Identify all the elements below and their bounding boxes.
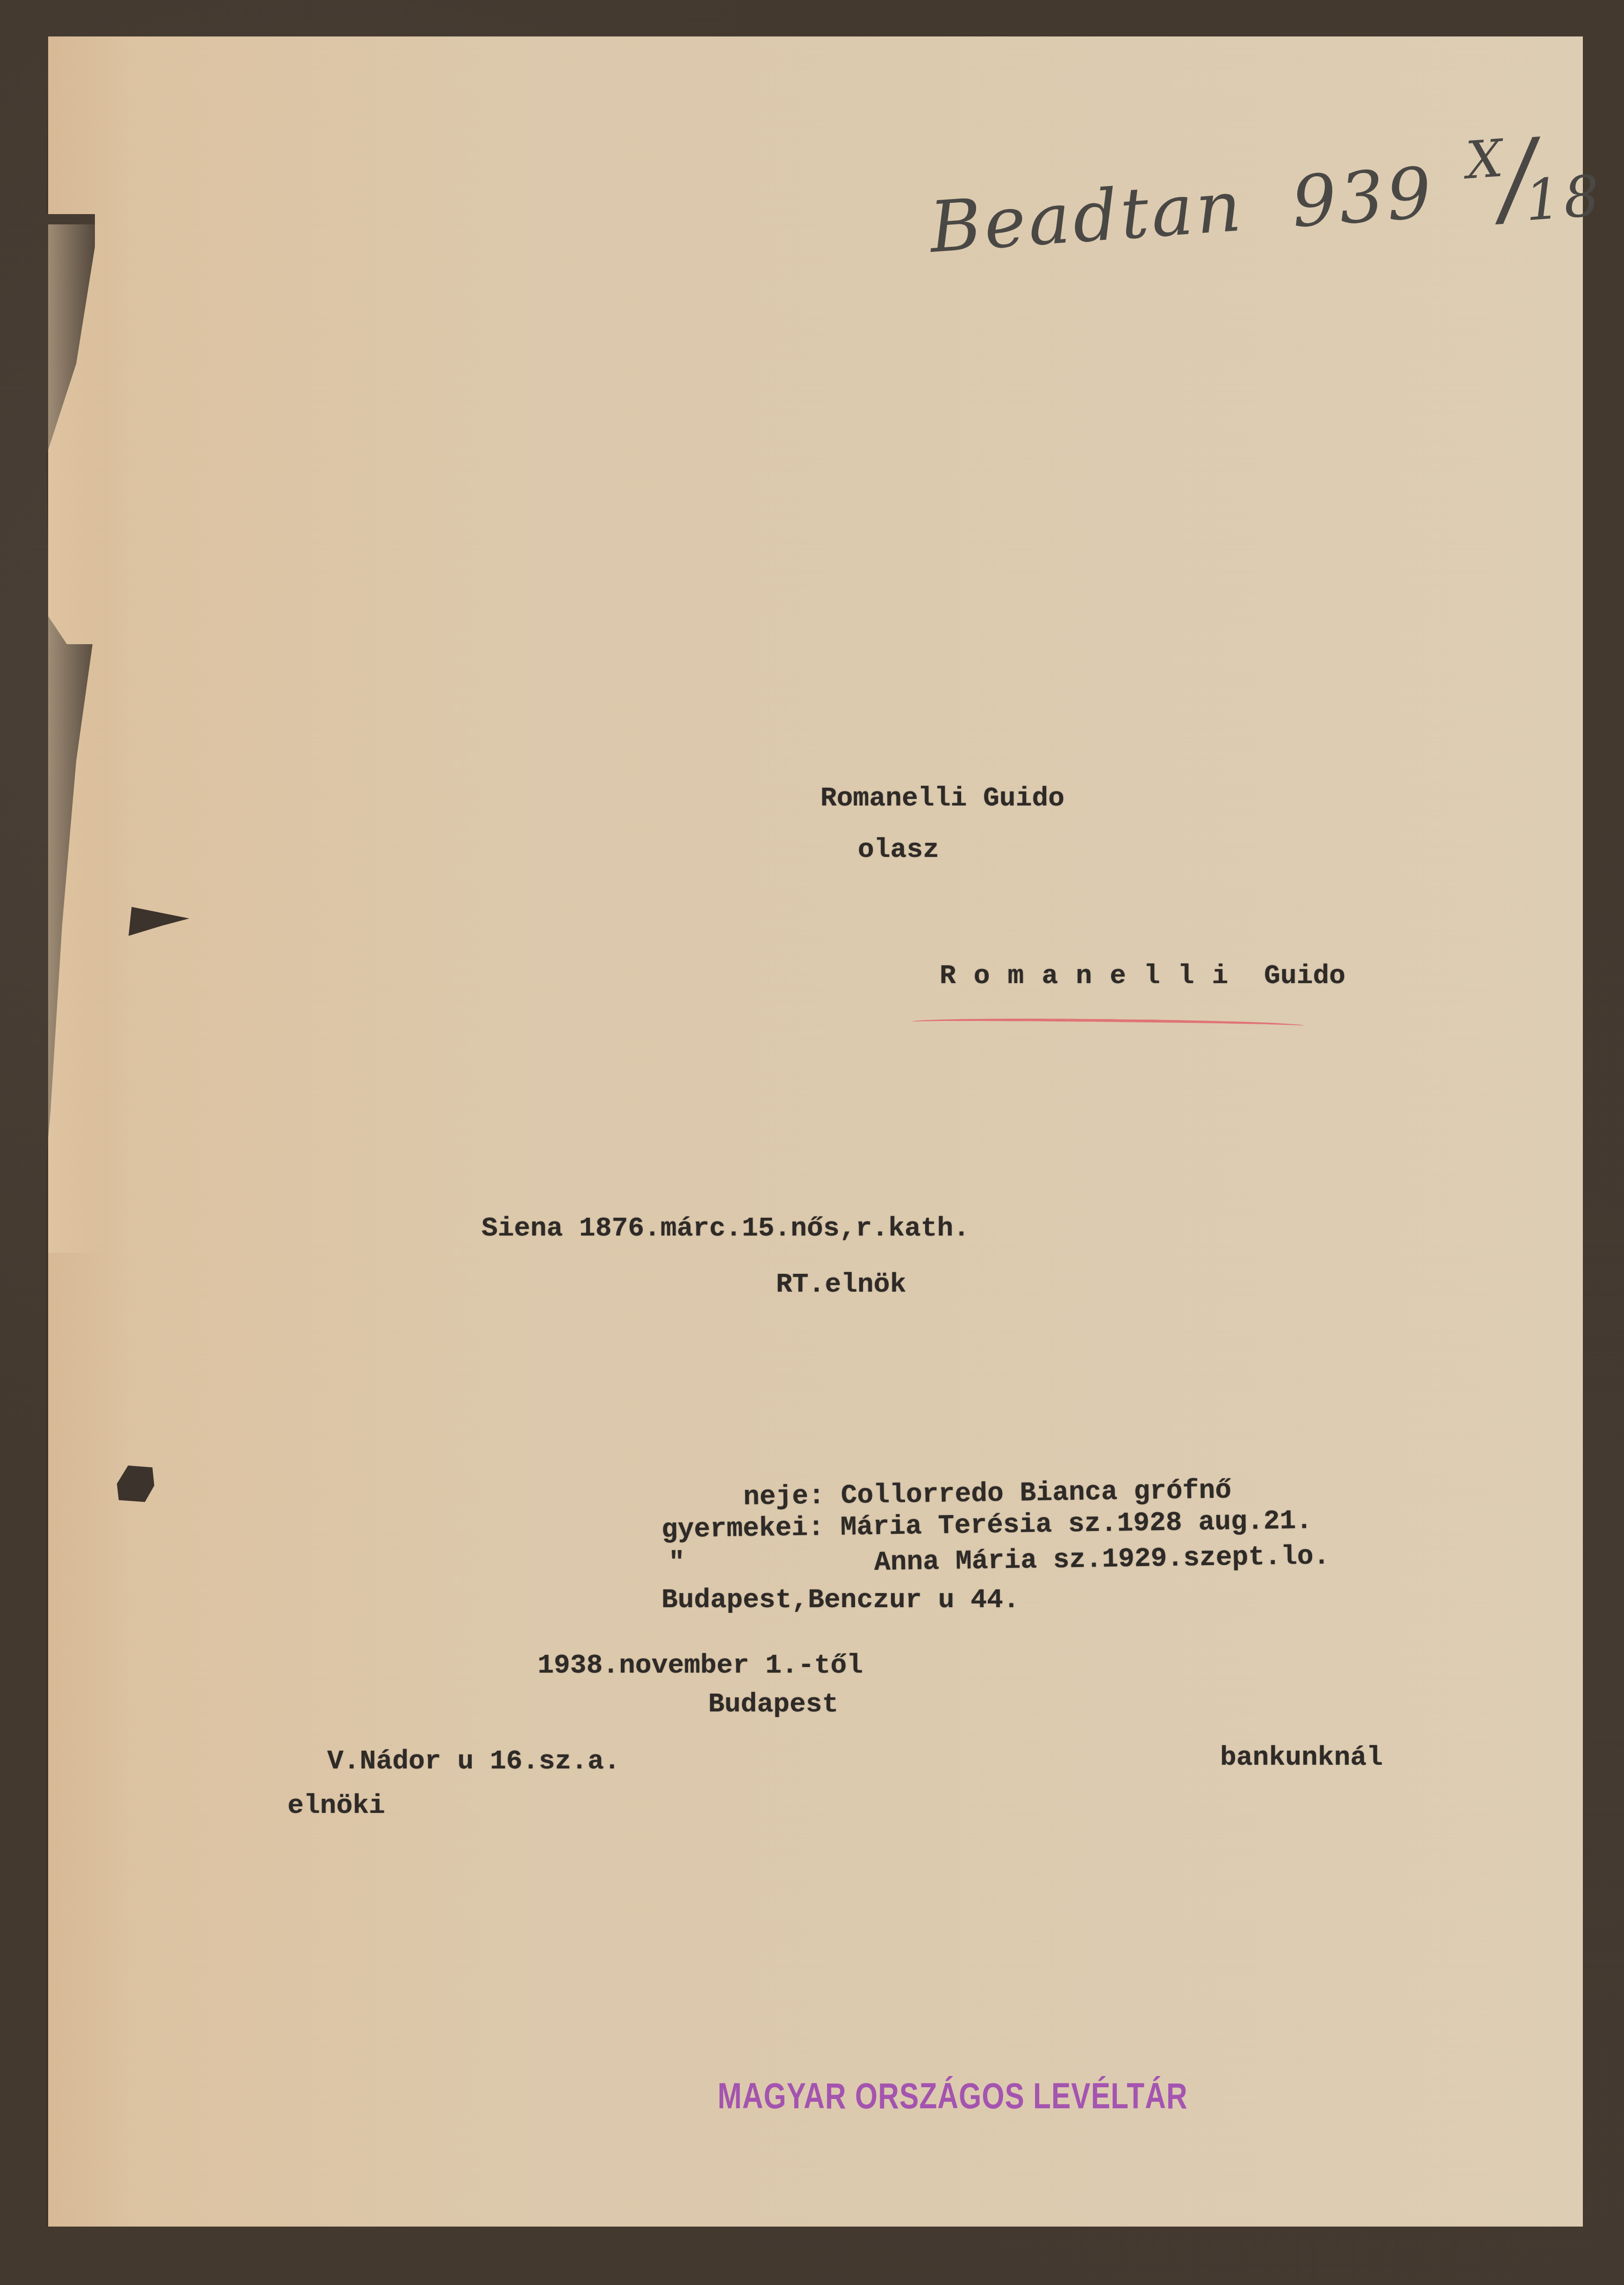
handwritten-date-fraction: X / 18 <box>1466 142 1574 243</box>
ditto-mark: " <box>668 1550 685 1577</box>
home-address: Budapest,Benczur u 44. <box>661 1587 1020 1614</box>
employment-since: 1938.november 1.-től <box>538 1653 863 1680</box>
handwritten-number: 939 <box>1289 152 1437 244</box>
birth-line: Siena 1876.márc.15.nős,r.kath. <box>481 1215 970 1243</box>
header-name: Romanelli Guido <box>820 785 1064 812</box>
spaced-given-name: Guido <box>1264 961 1345 992</box>
document-sheet <box>48 36 1583 2227</box>
spaced-surname: Romanelli <box>940 961 1246 992</box>
children-line-2: Anna Mária sz.1929.szept.lo. <box>874 1543 1330 1577</box>
employment-street: V.Nádor u 16.sz.a. <box>327 1748 620 1775</box>
fraction-denominator: 18 <box>1523 164 1604 234</box>
wife-line: neje: Collorredo Bianca grófnő <box>743 1477 1232 1511</box>
spaced-name: Romanelli Guido <box>940 963 1345 990</box>
archive-stamp: MAGYAR ORSZÁGOS LEVÉLTÁR <box>718 2076 1188 2117</box>
employment-city: Budapest <box>708 1691 838 1718</box>
employer: bankunknál <box>1220 1745 1383 1772</box>
occupation: RT.elnök <box>776 1272 906 1299</box>
header-nationality: olasz <box>858 837 939 864</box>
position: elnöki <box>287 1793 385 1820</box>
